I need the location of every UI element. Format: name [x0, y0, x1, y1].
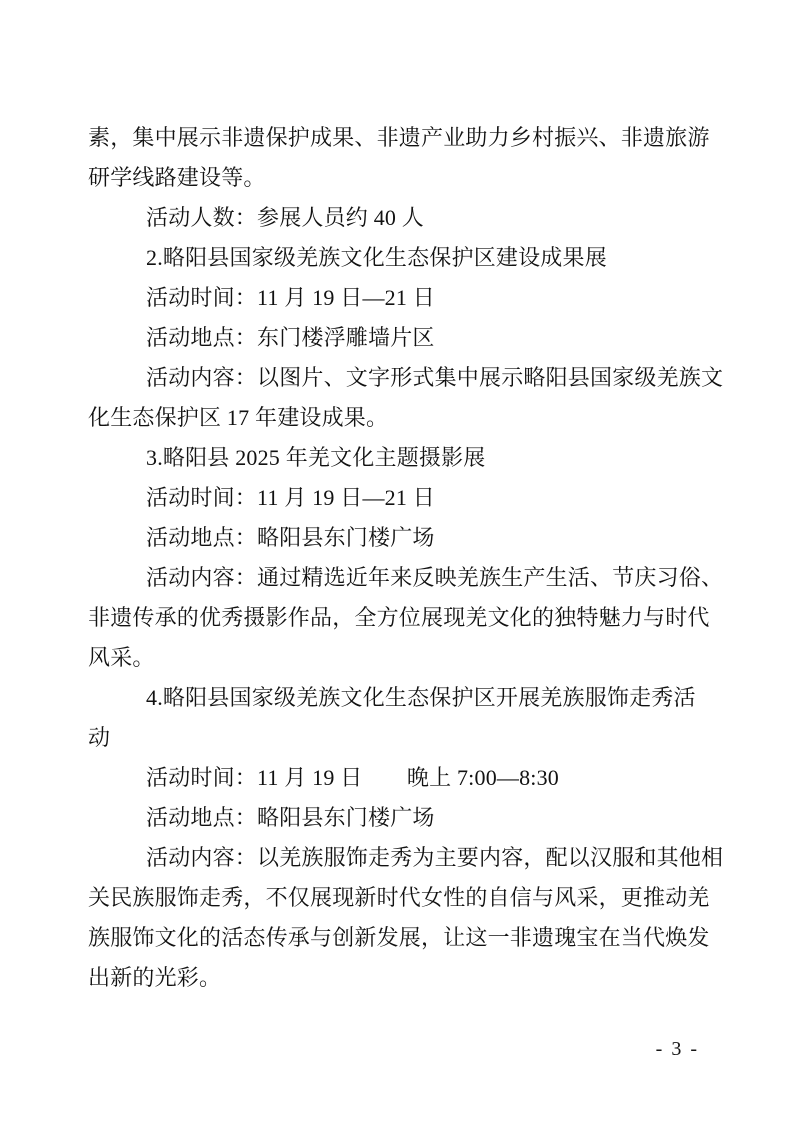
text-line: 活动内容：以图片、文字形式集中展示略阳县国家级羌族文: [88, 358, 714, 398]
text-line: 活动地点：略阳县东门楼广场: [88, 798, 714, 838]
document-body: 素，集中展示非遗保护成果、非遗产业助力乡村振兴、非遗旅游研学线路建设等。活动人数…: [88, 118, 714, 998]
text-line: 风采。: [88, 638, 714, 678]
text-line: 活动内容：通过精选近年来反映羌族生产生活、节庆习俗、: [88, 558, 714, 598]
text-line: 研学线路建设等。: [88, 158, 714, 198]
document-page: 素，集中展示非遗保护成果、非遗产业助力乡村振兴、非遗旅游研学线路建设等。活动人数…: [0, 0, 793, 1122]
text-line: 活动内容：以羌族服饰走秀为主要内容，配以汉服和其他相: [88, 838, 714, 878]
text-line: 活动时间：11 月 19 日 晚上 7:00—8:30: [88, 758, 714, 798]
text-line: 2.略阳县国家级羌族文化生态保护区建设成果展: [88, 238, 714, 278]
text-line: 活动人数：参展人员约 40 人: [88, 198, 714, 238]
text-line: 非遗传承的优秀摄影作品，全方位展现羌文化的独特魅力与时代: [88, 598, 714, 638]
text-line: 活动地点：略阳县东门楼广场: [88, 518, 714, 558]
text-line: 3.略阳县 2025 年羌文化主题摄影展: [88, 438, 714, 478]
text-line: 素，集中展示非遗保护成果、非遗产业助力乡村振兴、非遗旅游: [88, 118, 714, 158]
text-line: 出新的光彩。: [88, 958, 714, 998]
text-line: 活动地点：东门楼浮雕墙片区: [88, 318, 714, 358]
text-line: 关民族服饰走秀，不仅展现新时代女性的自信与风采，更推动羌: [88, 878, 714, 918]
text-line: 族服饰文化的活态传承与创新发展，让这一非遗瑰宝在当代焕发: [88, 918, 714, 958]
text-line: 化生态保护区 17 年建设成果。: [88, 398, 714, 438]
text-line: 动: [88, 718, 714, 758]
text-line: 活动时间：11 月 19 日—21 日: [88, 478, 714, 518]
text-line: 活动时间：11 月 19 日—21 日: [88, 278, 714, 318]
page-number: - 3 -: [656, 1038, 699, 1061]
text-line: 4.略阳县国家级羌族文化生态保护区开展羌族服饰走秀活: [88, 678, 714, 718]
